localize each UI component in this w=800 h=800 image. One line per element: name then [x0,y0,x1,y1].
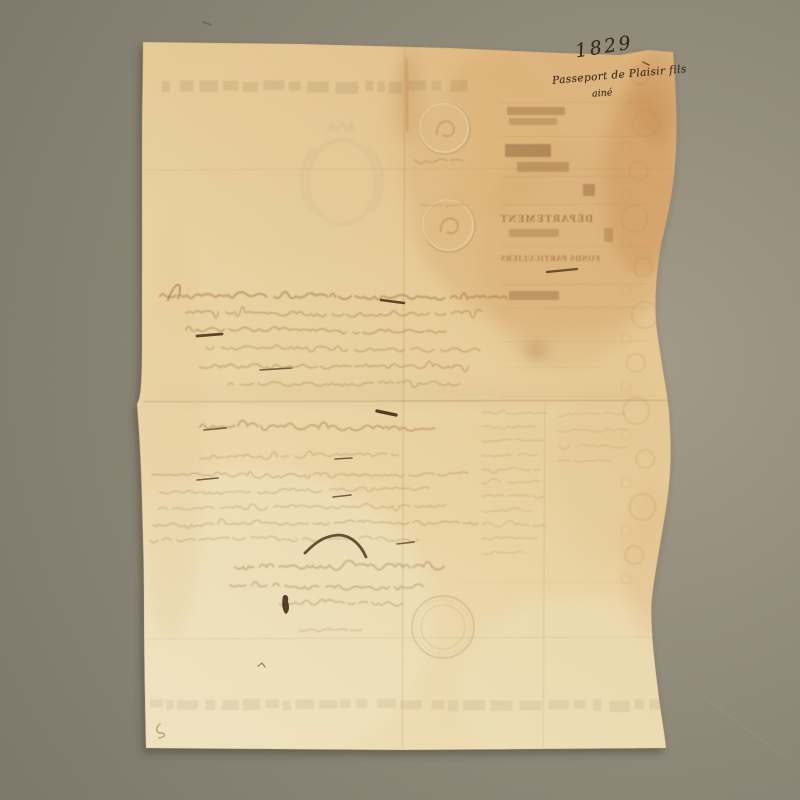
annotation-subtitle: ainé [592,87,613,99]
photo-canvas: DÉPARTEMENTFONDS PARTICULIERS 1829 Passe… [0,0,800,800]
photo-grain [0,0,800,800]
document-photo: DÉPARTEMENTFONDS PARTICULIERS [0,0,800,800]
